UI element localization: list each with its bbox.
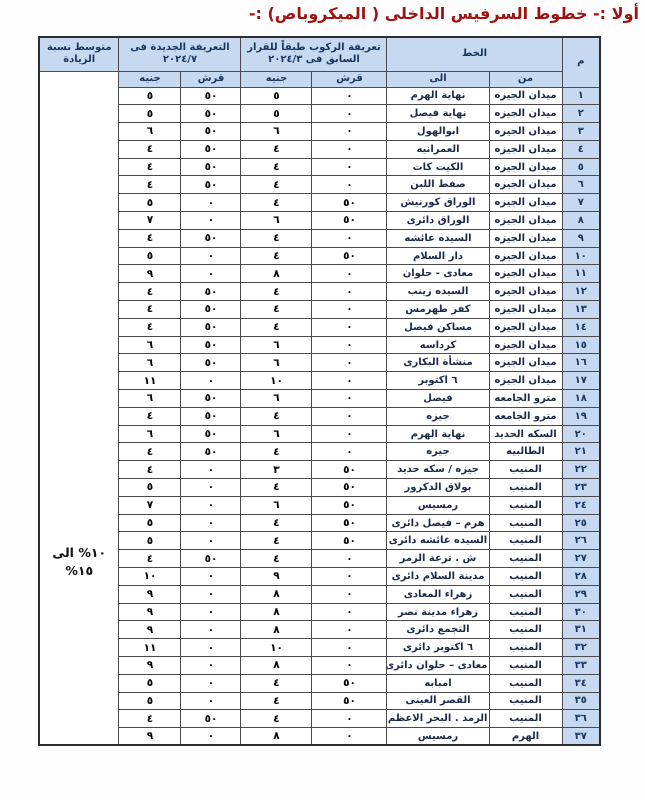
to-cell: هرم – فيصل دائرى — [387, 514, 489, 532]
row-num-cell: ١٨ — [562, 390, 600, 408]
old-geneh-cell: ٤ — [241, 532, 312, 550]
old-qirsh-cell: ٠ — [312, 140, 387, 158]
to-cell: جيزه — [387, 443, 489, 461]
new-qirsh-cell: ٠ — [181, 585, 241, 603]
from-cell: المنيب — [489, 479, 562, 497]
row-num-cell: ٣٧ — [562, 728, 600, 746]
from-cell: المنيب — [489, 639, 562, 657]
new-geneh-cell: ٤ — [119, 318, 181, 336]
old-geneh-cell: ٤ — [241, 247, 312, 265]
row-num-cell: ١١ — [562, 265, 600, 283]
to-cell: نهاية الهرم — [387, 87, 489, 105]
old-qirsh-cell: ٠ — [312, 603, 387, 621]
new-qirsh-cell: ٥٠ — [181, 318, 241, 336]
old-geneh-cell: ٤ — [241, 443, 312, 461]
table-body: م الخط تعريفة الركوب طبقاً للقرار السابق… — [39, 37, 600, 745]
table-row: ١٤ميدان الجيزهمساكن فيصل٠٤٥٠٤ — [39, 318, 600, 336]
old-qirsh-cell: ٠ — [312, 176, 387, 194]
new-geneh-cell: ٥ — [119, 479, 181, 497]
new-qirsh-cell: ٠ — [181, 639, 241, 657]
new-qirsh-cell: ٥٠ — [181, 390, 241, 408]
to-cell: كرداسه — [387, 336, 489, 354]
col-header-old-tariff: تعريفة الركوب طبقاً للقرار السابق فى ٢٠٢… — [241, 37, 387, 71]
to-cell: جيزه — [387, 407, 489, 425]
old-geneh-cell: ٤ — [241, 479, 312, 497]
table-row: ٨ميدان الجيزهالوراق دائرى٥٠٦٠٧ — [39, 212, 600, 230]
new-qirsh-cell: ٥٠ — [181, 425, 241, 443]
old-geneh-cell: ٦ — [241, 425, 312, 443]
new-geneh-cell: ٥ — [119, 674, 181, 692]
from-cell: ميدان الجيزه — [489, 265, 562, 283]
new-qirsh-cell: ٠ — [181, 496, 241, 514]
old-qirsh-cell: ٥٠ — [312, 461, 387, 479]
to-cell: رمسيس — [387, 496, 489, 514]
to-cell: دار السلام — [387, 247, 489, 265]
new-qirsh-cell: ٠ — [181, 372, 241, 390]
new-geneh-cell: ٩ — [119, 657, 181, 675]
table-row: ١٠ميدان الجيزهدار السلام٥٠٤٠٥ — [39, 247, 600, 265]
row-num-cell: ١٣ — [562, 301, 600, 319]
from-cell: المنيب — [489, 710, 562, 728]
row-num-cell: ١٤ — [562, 318, 600, 336]
new-qirsh-cell: ٥٠ — [181, 140, 241, 158]
new-geneh-cell: ٤ — [119, 176, 181, 194]
table-row: ٤ميدان الجيزهالعمرانيه٠٤٥٠٤ — [39, 140, 600, 158]
to-cell: الوراق كورنيش — [387, 194, 489, 212]
old-geneh-cell: ٤ — [241, 550, 312, 568]
old-geneh-cell: ٨ — [241, 265, 312, 283]
new-geneh-cell: ٩ — [119, 621, 181, 639]
old-qirsh-cell: ٠ — [312, 158, 387, 176]
new-geneh-cell: ٦ — [119, 336, 181, 354]
to-cell: القصر العينى — [387, 692, 489, 710]
new-qirsh-cell: ٠ — [181, 621, 241, 639]
old-geneh-cell: ٤ — [241, 301, 312, 319]
to-cell: السيده عائشه دائرى — [387, 532, 489, 550]
old-geneh-cell: ٦ — [241, 354, 312, 372]
row-num-cell: ١٥ — [562, 336, 600, 354]
row-num-cell: ١ — [562, 87, 600, 105]
to-cell: امبابه — [387, 674, 489, 692]
table-row: ٢ميدان الجيزهنهاية فيصل٠٥٥٠٥ — [39, 105, 600, 123]
row-num-cell: ٢٧ — [562, 550, 600, 568]
old-qirsh-cell: ٠ — [312, 301, 387, 319]
new-geneh-cell: ٦ — [119, 123, 181, 141]
new-geneh-cell: ٥ — [119, 692, 181, 710]
from-cell: المنيب — [489, 461, 562, 479]
table-row: ١٧ميدان الجيزه٦ اكتوبر٠١٠٠١١ — [39, 372, 600, 390]
old-qirsh-cell: ٥٠ — [312, 479, 387, 497]
from-cell: ميدان الجيزه — [489, 229, 562, 247]
old-qirsh-cell: ٠ — [312, 87, 387, 105]
col-header-new-qirsh: قرش — [181, 71, 241, 87]
table-row: ٢٩المنيبزهراء المعادى٠٨٠٩ — [39, 585, 600, 603]
table-row: ٦ميدان الجيزهصفط اللبن٠٤٥٠٤ — [39, 176, 600, 194]
old-qirsh-cell: ٠ — [312, 283, 387, 301]
row-num-cell: ٢٣ — [562, 479, 600, 497]
to-cell: ٦ اكتوبر دائرى — [387, 639, 489, 657]
table-row: ٩ميدان الجيزهالسيده عائشه٠٤٥٠٤ — [39, 229, 600, 247]
table-row: ٣١المنيبالتجمع دائرى٠٨٠٩ — [39, 621, 600, 639]
old-qirsh-cell: ٠ — [312, 318, 387, 336]
table-row: ٢٥المنيبهرم – فيصل دائرى٥٠٤٠٥ — [39, 514, 600, 532]
new-qirsh-cell: ٥٠ — [181, 354, 241, 372]
from-cell: ميدان الجيزه — [489, 105, 562, 123]
old-geneh-cell: ٦ — [241, 212, 312, 230]
table-row: ٣٥المنيبالقصر العينى٥٠٤٠٥ — [39, 692, 600, 710]
to-cell: كفر طهرمس — [387, 301, 489, 319]
old-geneh-cell: ٨ — [241, 728, 312, 746]
to-cell: ابوالهول — [387, 123, 489, 141]
to-cell: الوراق دائرى — [387, 212, 489, 230]
to-cell: زهراء المعادى — [387, 585, 489, 603]
avg-increase-merged-cell: ١٠% الى ١٥% — [39, 71, 119, 745]
from-cell: ميدان الجيزه — [489, 87, 562, 105]
to-cell: الرمد . البحر الاعظم — [387, 710, 489, 728]
old-qirsh-cell: ٥٠ — [312, 247, 387, 265]
new-geneh-cell: ٩ — [119, 603, 181, 621]
row-num-cell: ٢٢ — [562, 461, 600, 479]
new-geneh-cell: ٤ — [119, 550, 181, 568]
row-num-cell: ٧ — [562, 194, 600, 212]
new-geneh-cell: ٥ — [119, 105, 181, 123]
new-geneh-cell: ١١ — [119, 639, 181, 657]
old-qirsh-cell: ٠ — [312, 728, 387, 746]
new-geneh-cell: ٩ — [119, 265, 181, 283]
old-geneh-cell: ٤ — [241, 674, 312, 692]
old-qirsh-cell: ٠ — [312, 585, 387, 603]
old-geneh-cell: ٨ — [241, 603, 312, 621]
table-row: ١٩مترو الجامعهجيزه٠٤٥٠٤ — [39, 407, 600, 425]
old-qirsh-cell: ٠ — [312, 372, 387, 390]
old-qirsh-cell: ٠ — [312, 621, 387, 639]
new-qirsh-cell: ٠ — [181, 532, 241, 550]
old-geneh-cell: ٥ — [241, 105, 312, 123]
new-qirsh-cell: ٥٠ — [181, 550, 241, 568]
new-qirsh-cell: ٠ — [181, 514, 241, 532]
from-cell: الطالبيه — [489, 443, 562, 461]
table-row: ١٢ميدان الجيزهالسيده زينب٠٤٥٠٤ — [39, 283, 600, 301]
to-cell: بولاق الدكرور — [387, 479, 489, 497]
to-cell: السيده عائشه — [387, 229, 489, 247]
from-cell: السكه الحديد — [489, 425, 562, 443]
col-header-new-geneh: جنيه — [119, 71, 181, 87]
from-cell: ميدان الجيزه — [489, 176, 562, 194]
from-cell: ميدان الجيزه — [489, 318, 562, 336]
old-geneh-cell: ٤ — [241, 158, 312, 176]
old-geneh-cell: ٨ — [241, 657, 312, 675]
scanned-document-page: أولا :- خطوط السرفيس الداخلى ( الميكروبا… — [0, 0, 645, 800]
old-geneh-cell: ٤ — [241, 194, 312, 212]
header-row-main: م الخط تعريفة الركوب طبقاً للقرار السابق… — [39, 37, 600, 71]
old-geneh-cell: ٤ — [241, 229, 312, 247]
col-header-line: الخط — [387, 37, 562, 71]
table-row: ٢٢المنيبجيزه / سكه حديد٥٠٣٠٤ — [39, 461, 600, 479]
new-geneh-cell: ٤ — [119, 443, 181, 461]
table-row: ١٣ميدان الجيزهكفر طهرمس٠٤٥٠٤ — [39, 301, 600, 319]
from-cell: ميدان الجيزه — [489, 194, 562, 212]
from-cell: المنيب — [489, 568, 562, 586]
row-num-cell: ١٢ — [562, 283, 600, 301]
row-num-cell: ٣١ — [562, 621, 600, 639]
old-qirsh-cell: ٠ — [312, 229, 387, 247]
from-cell: المنيب — [489, 585, 562, 603]
row-num-cell: ١٩ — [562, 407, 600, 425]
new-geneh-cell: ٤ — [119, 229, 181, 247]
table-row: ١٨مترو الجامعهفيصل٠٦٥٠٦ — [39, 390, 600, 408]
from-cell: المنيب — [489, 603, 562, 621]
old-geneh-cell: ٤ — [241, 283, 312, 301]
from-cell: ميدان الجيزه — [489, 372, 562, 390]
old-geneh-cell: ٩ — [241, 568, 312, 586]
from-cell: ميدان الجيزه — [489, 336, 562, 354]
from-cell: ميدان الجيزه — [489, 212, 562, 230]
old-qirsh-cell: ٠ — [312, 390, 387, 408]
new-geneh-cell: ٤ — [119, 158, 181, 176]
new-qirsh-cell: ٥٠ — [181, 336, 241, 354]
from-cell: المنيب — [489, 674, 562, 692]
old-qirsh-cell: ٠ — [312, 425, 387, 443]
new-qirsh-cell: ٥٠ — [181, 301, 241, 319]
row-num-cell: ٢٠ — [562, 425, 600, 443]
old-geneh-cell: ٨ — [241, 585, 312, 603]
old-geneh-cell: ٤ — [241, 692, 312, 710]
to-cell: نهاية فيصل — [387, 105, 489, 123]
old-qirsh-cell: ٠ — [312, 568, 387, 586]
old-qirsh-cell: ٥٠ — [312, 692, 387, 710]
to-cell: التجمع دائرى — [387, 621, 489, 639]
old-qirsh-cell: ٥٠ — [312, 194, 387, 212]
old-qirsh-cell: ٥٠ — [312, 674, 387, 692]
from-cell: ميدان الجيزه — [489, 140, 562, 158]
new-geneh-cell: ٤ — [119, 301, 181, 319]
row-num-cell: ٢٥ — [562, 514, 600, 532]
new-qirsh-cell: ٠ — [181, 265, 241, 283]
new-geneh-cell: ١١ — [119, 372, 181, 390]
table-row: ٧ميدان الجيزهالوراق كورنيش٥٠٤٠٥ — [39, 194, 600, 212]
new-geneh-cell: ٦ — [119, 390, 181, 408]
row-num-cell: ٢٦ — [562, 532, 600, 550]
old-qirsh-cell: ٠ — [312, 407, 387, 425]
new-qirsh-cell: ٥٠ — [181, 710, 241, 728]
row-num-cell: ٢٤ — [562, 496, 600, 514]
from-cell: مترو الجامعه — [489, 390, 562, 408]
row-num-cell: ٩ — [562, 229, 600, 247]
to-cell: ٦ اكتوبر — [387, 372, 489, 390]
table-row: ١ميدان الجيزهنهاية الهرم٠٥٥٠٥ — [39, 87, 600, 105]
row-num-cell: ٣٦ — [562, 710, 600, 728]
old-geneh-cell: ٤ — [241, 140, 312, 158]
new-qirsh-cell: ٠ — [181, 728, 241, 746]
table-row: ٣٤المنيبامبابه٥٠٤٠٥ — [39, 674, 600, 692]
old-qirsh-cell: ٠ — [312, 265, 387, 283]
new-geneh-cell: ٥ — [119, 87, 181, 105]
from-cell: المنيب — [489, 692, 562, 710]
new-geneh-cell: ٤ — [119, 140, 181, 158]
new-geneh-cell: ٥ — [119, 532, 181, 550]
to-cell: العمرانيه — [387, 140, 489, 158]
table-row: ١٦ميدان الجيزهمنشأة البكارى٠٦٥٠٦ — [39, 354, 600, 372]
to-cell: جيزه / سكه حديد — [387, 461, 489, 479]
old-geneh-cell: ٤ — [241, 407, 312, 425]
from-cell: مترو الجامعه — [489, 407, 562, 425]
row-num-cell: ٣٣ — [562, 657, 600, 675]
new-qirsh-cell: ٠ — [181, 461, 241, 479]
table-row: ٣ميدان الجيزهابوالهول٠٦٥٠٦ — [39, 123, 600, 141]
row-num-cell: ٥ — [562, 158, 600, 176]
to-cell: رمسيس — [387, 728, 489, 746]
old-qirsh-cell: ٠ — [312, 123, 387, 141]
old-geneh-cell: ١٠ — [241, 372, 312, 390]
new-qirsh-cell: ٥٠ — [181, 176, 241, 194]
col-header-to: الى — [387, 71, 489, 87]
from-cell: المنيب — [489, 496, 562, 514]
row-num-cell: ٣ — [562, 123, 600, 141]
from-cell: المنيب — [489, 532, 562, 550]
row-num-cell: ٢٩ — [562, 585, 600, 603]
table-row: ٢٧المنيبش . ترعة الزمر٠٤٥٠٤ — [39, 550, 600, 568]
old-qirsh-cell: ٠ — [312, 550, 387, 568]
table-row: ١١ميدان الجيزهمعادى - حلوان٠٨٠٩ — [39, 265, 600, 283]
old-geneh-cell: ٥ — [241, 87, 312, 105]
old-qirsh-cell: ٥٠ — [312, 532, 387, 550]
from-cell: ميدان الجيزه — [489, 123, 562, 141]
table-row: ٣٣المنيبمعادى – حلوان دائرى٠٨٠٩ — [39, 657, 600, 675]
from-cell: ميدان الجيزه — [489, 354, 562, 372]
new-geneh-cell: ٦ — [119, 354, 181, 372]
new-qirsh-cell: ٥٠ — [181, 283, 241, 301]
to-cell: نهاية الهرم — [387, 425, 489, 443]
old-geneh-cell: ١٠ — [241, 639, 312, 657]
row-num-cell: ٢١ — [562, 443, 600, 461]
page-title: أولا :- خطوط السرفيس الداخلى ( الميكروبا… — [249, 4, 639, 23]
old-geneh-cell: ٨ — [241, 621, 312, 639]
new-qirsh-cell: ٥٠ — [181, 229, 241, 247]
old-qirsh-cell: ٥٠ — [312, 212, 387, 230]
table-row: ٣٦المنيبالرمد . البحر الاعظم٠٤٥٠٤ — [39, 710, 600, 728]
old-geneh-cell: ٦ — [241, 496, 312, 514]
new-qirsh-cell: ٠ — [181, 568, 241, 586]
table-row: ٢٠السكه الحديدنهاية الهرم٠٦٥٠٦ — [39, 425, 600, 443]
from-cell: ميدان الجيزه — [489, 247, 562, 265]
old-qirsh-cell: ٠ — [312, 105, 387, 123]
new-qirsh-cell: ٠ — [181, 479, 241, 497]
new-qirsh-cell: ٠ — [181, 247, 241, 265]
new-qirsh-cell: ٥٠ — [181, 105, 241, 123]
new-geneh-cell: ٧ — [119, 212, 181, 230]
old-geneh-cell: ٤ — [241, 710, 312, 728]
col-header-num: م — [562, 37, 600, 87]
old-geneh-cell: ٤ — [241, 176, 312, 194]
to-cell: ش . ترعة الزمر — [387, 550, 489, 568]
new-geneh-cell: ١٠ — [119, 568, 181, 586]
to-cell: الكيت كات — [387, 158, 489, 176]
from-cell: ميدان الجيزه — [489, 158, 562, 176]
table-row: ٢٦المنيبالسيده عائشه دائرى٥٠٤٠٥ — [39, 532, 600, 550]
from-cell: المنيب — [489, 657, 562, 675]
to-cell: السيده زينب — [387, 283, 489, 301]
to-cell: مدينة السلام دائرى — [387, 568, 489, 586]
table-row: ٣٠المنيبزهراء مدينة نصر٠٨٠٩ — [39, 603, 600, 621]
new-qirsh-cell: ٥٠ — [181, 158, 241, 176]
row-num-cell: ١٠ — [562, 247, 600, 265]
to-cell: مساكن فيصل — [387, 318, 489, 336]
new-qirsh-cell: ٠ — [181, 674, 241, 692]
table-row: ٢٣المنيببولاق الدكرور٥٠٤٠٥ — [39, 479, 600, 497]
new-geneh-cell: ٤ — [119, 407, 181, 425]
row-num-cell: ٢ — [562, 105, 600, 123]
tariff-table: م الخط تعريفة الركوب طبقاً للقرار السابق… — [38, 36, 601, 746]
new-qirsh-cell: ٠ — [181, 692, 241, 710]
to-cell: زهراء مدينة نصر — [387, 603, 489, 621]
new-qirsh-cell: ٠ — [181, 603, 241, 621]
table-row: ٢١الطالبيهجيزه٠٤٥٠٤ — [39, 443, 600, 461]
old-qirsh-cell: ٥٠ — [312, 496, 387, 514]
new-geneh-cell: ٤ — [119, 710, 181, 728]
row-num-cell: ٣٢ — [562, 639, 600, 657]
from-cell: المنيب — [489, 621, 562, 639]
to-cell: منشأة البكارى — [387, 354, 489, 372]
new-geneh-cell: ٧ — [119, 496, 181, 514]
col-header-from: من — [489, 71, 562, 87]
new-qirsh-cell: ٠ — [181, 657, 241, 675]
new-qirsh-cell: ٥٠ — [181, 407, 241, 425]
row-num-cell: ١٧ — [562, 372, 600, 390]
old-geneh-cell: ٣ — [241, 461, 312, 479]
old-geneh-cell: ٤ — [241, 514, 312, 532]
row-num-cell: ٢٨ — [562, 568, 600, 586]
table-row: ٥ميدان الجيزهالكيت كات٠٤٥٠٤ — [39, 158, 600, 176]
new-geneh-cell: ٥ — [119, 247, 181, 265]
old-qirsh-cell: ٠ — [312, 657, 387, 675]
col-header-old-geneh: جنيه — [241, 71, 312, 87]
row-num-cell: ٣٠ — [562, 603, 600, 621]
new-geneh-cell: ٥ — [119, 194, 181, 212]
new-geneh-cell: ٤ — [119, 461, 181, 479]
col-header-old-qirsh: قرش — [312, 71, 387, 87]
new-geneh-cell: ٩ — [119, 585, 181, 603]
row-num-cell: ٨ — [562, 212, 600, 230]
col-header-avg-increase: متوسط نسبة الزيادة — [39, 37, 119, 71]
from-cell: الهرم — [489, 728, 562, 746]
col-header-new-tariff: التعريفة الجديدة فى ٢٠٢٤/٧ — [119, 37, 241, 71]
table-row: ٢٨المنيبمدينة السلام دائرى٠٩٠١٠ — [39, 568, 600, 586]
old-qirsh-cell: ٠ — [312, 354, 387, 372]
new-qirsh-cell: ٥٠ — [181, 123, 241, 141]
header-row-sub: من الى قرش جنيه قرش جنيه ١٠% الى ١٥% — [39, 71, 600, 87]
old-geneh-cell: ٦ — [241, 336, 312, 354]
from-cell: ميدان الجيزه — [489, 283, 562, 301]
table-row: ١٥ميدان الجيزهكرداسه٠٦٥٠٦ — [39, 336, 600, 354]
row-num-cell: ٣٥ — [562, 692, 600, 710]
to-cell: معادى - حلوان — [387, 265, 489, 283]
row-num-cell: ٣٤ — [562, 674, 600, 692]
from-cell: ميدان الجيزه — [489, 301, 562, 319]
table-row: ٣٢المنيب٦ اكتوبر دائرى٠١٠٠١١ — [39, 639, 600, 657]
new-geneh-cell: ٩ — [119, 728, 181, 746]
old-geneh-cell: ٦ — [241, 123, 312, 141]
new-qirsh-cell: ٥٠ — [181, 87, 241, 105]
from-cell: المنيب — [489, 514, 562, 532]
old-geneh-cell: ٤ — [241, 318, 312, 336]
old-qirsh-cell: ٠ — [312, 639, 387, 657]
table-row: ٢٤المنيبرمسيس٥٠٦٠٧ — [39, 496, 600, 514]
old-qirsh-cell: ٥٠ — [312, 514, 387, 532]
new-geneh-cell: ٦ — [119, 425, 181, 443]
old-geneh-cell: ٦ — [241, 390, 312, 408]
new-qirsh-cell: ٠ — [181, 212, 241, 230]
row-num-cell: ٦ — [562, 176, 600, 194]
